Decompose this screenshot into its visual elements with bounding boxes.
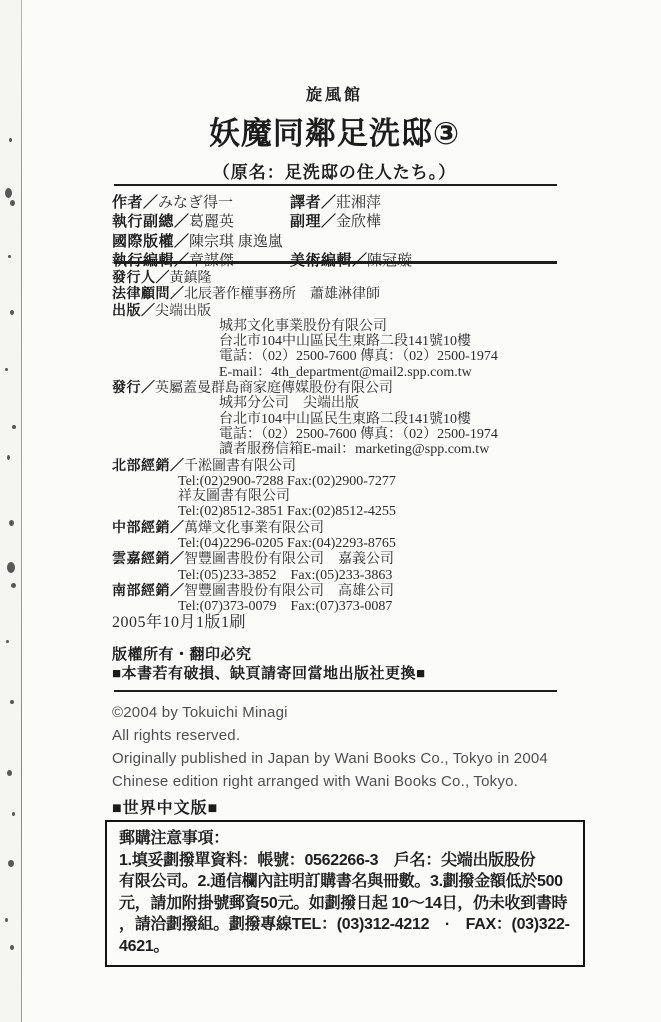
publication-first-line: 發行人／黃鎮隆 — [112, 270, 582, 286]
edition-date: 2005年10月1版1刷 — [112, 609, 246, 632]
publication-value: 智豐圖書股份有限公司 嘉義公司 — [184, 552, 394, 567]
divider-rule — [114, 261, 557, 264]
ink-speck — [9, 138, 12, 142]
rights-notice: 版權所有・翻印必究 — [112, 645, 426, 664]
ink-speck — [12, 425, 16, 429]
english-copyright-section: ©2004 by Tokuichi MinagiAll rights reser… — [112, 701, 548, 793]
book-title: 妖魔同鄰足洗邸③ — [112, 108, 557, 153]
credits-section: 作者／みなぎ得一譯者／莊湘萍執行副總／葛麗英副理／金欣樺國際版權／陳宗琪 康逸嵐… — [112, 191, 557, 269]
ink-speck — [5, 368, 8, 371]
slash-separator: ／ — [170, 285, 184, 301]
credit-label: 國際版權 — [112, 233, 174, 250]
credit-label: 作者 — [112, 194, 143, 211]
publication-label: 法律顧問 — [112, 285, 170, 301]
mail-order-line: 1.填妥劃撥單資料：帳號：0562266-3 戶名：尖端出版股份 — [119, 850, 573, 872]
ink-speck — [10, 700, 14, 704]
ink-speck — [8, 860, 14, 867]
publication-label: 發行人 — [112, 269, 156, 285]
publication-section: 發行人／黃鎮隆法律顧問／北辰著作權事務所 蕭雄淋律師出版／尖端出版城邦文化事業股… — [112, 270, 582, 615]
publication-first-line: 中部經銷／萬燁文化事業有限公司 — [112, 520, 582, 536]
publication-continuation-line: E-mail：4th_department@mail2.spp.com.tw — [112, 365, 582, 380]
publication-continuation-line: 電話：（02）2500-7600 傳真：（02）2500-1974 — [112, 349, 582, 364]
publication-first-line: 南部經銷／智豐圖書股份有限公司 高雄公司 — [112, 583, 582, 599]
masthead: 旋風館 妖魔同鄰足洗邸③ （原名：足洗邸の住人たち。） — [112, 82, 557, 183]
publication-continuation-line: Tel:(05)233-3852 Fax:(05)233-3863 — [112, 568, 582, 583]
ink-speck — [6, 640, 9, 643]
ink-speck — [10, 945, 14, 950]
mail-order-line: 4621。 — [119, 936, 573, 958]
damage-notice: ■本書若有破損、缺頁請寄回當地出版社更換■ — [112, 664, 426, 683]
slash-separator: ／ — [170, 550, 184, 566]
credit-right-pair: 譯者／莊湘萍 — [290, 191, 381, 212]
publication-label: 出版 — [112, 302, 141, 318]
credit-left-pair: 國際版權／陳宗琪 康逸嵐 — [112, 233, 283, 250]
publication-label: 南部經銷 — [112, 582, 170, 598]
slash-separator: ／ — [170, 582, 184, 598]
publication-continuation-line: 城邦分公司 尖端出版 — [112, 396, 582, 411]
ink-speck — [7, 562, 15, 573]
english-copyright-line: ©2004 by Tokuichi Minagi — [112, 701, 548, 724]
slash-separator: ／ — [141, 302, 155, 318]
publication-first-line: 雲嘉經銷／智豐圖書股份有限公司 嘉義公司 — [112, 551, 582, 567]
binding-edge-strip — [0, 0, 21, 1022]
publication-continuation-line: 祥友圖書有限公司 — [112, 489, 582, 504]
credit-left-pair: 執行副總／葛麗英 — [112, 213, 234, 230]
publication-value: 千淞圖書有限公司 — [184, 459, 296, 474]
publication-first-line: 法律顧問／北辰著作權事務所 蕭雄淋律師 — [112, 286, 582, 302]
mail-order-line: ，請洽劃撥組。劃撥專線TEL：(03)312-4212 · FAX：(03)32… — [119, 914, 573, 936]
publication-label: 中部經銷 — [112, 519, 170, 535]
publication-first-line: 出版／尖端出版 — [112, 303, 582, 319]
publication-entry: 法律顧問／北辰著作權事務所 蕭雄淋律師 — [112, 286, 582, 302]
slash-separator: ／ — [143, 194, 158, 211]
ink-speck — [9, 520, 14, 526]
ink-speck — [11, 583, 16, 588]
publication-first-line: 發行／英屬蓋曼群島商家庭傳媒股份有限公司 — [112, 380, 582, 396]
divider-rule — [114, 184, 557, 186]
credit-label: 執行副總 — [112, 213, 174, 230]
ink-speck — [8, 255, 11, 258]
divider-rule — [114, 690, 557, 692]
credit-left-pair: 作者／みなぎ得一 — [112, 194, 233, 211]
publication-label: 發行 — [112, 379, 141, 395]
publication-entry: 中部經銷／萬燁文化事業有限公司Tel:(04)2296-0205 Fax:(04… — [112, 520, 582, 552]
credit-right-pair: 副理／金欣樺 — [290, 210, 381, 231]
ink-speck — [5, 918, 8, 922]
english-copyright-line: All rights reserved. — [112, 724, 548, 747]
notices: 版權所有・翻印必究 ■本書若有破損、缺頁請寄回當地出版社更換■ — [112, 645, 426, 683]
english-copyright-line: Chinese edition right arranged with Wani… — [112, 770, 548, 793]
mail-order-line: 郵購注意事項： — [119, 828, 573, 850]
publication-value: 北辰著作權事務所 蕭雄淋律師 — [184, 287, 380, 302]
ink-speck — [12, 812, 15, 816]
credit-row: 國際版權／陳宗琪 康逸嵐 — [112, 230, 557, 249]
mail-order-line: 元，請加附掛號郵資50元。如劃撥日起 10～14日，仍未收到書時 — [119, 893, 573, 915]
publication-value: 尖端出版 — [155, 304, 211, 319]
credit-row: 執行副總／葛麗英副理／金欣樺 — [112, 210, 557, 229]
publication-entry: 北部經銷／千淞圖書有限公司Tel:(02)2900-7288 Fax:(02)2… — [112, 458, 582, 520]
binding-edge-line — [21, 0, 22, 1022]
credit-value: 金欣樺 — [336, 214, 381, 230]
imprint-label: 旋風館 — [112, 82, 557, 105]
publication-label: 北部經銷 — [112, 457, 170, 473]
publication-entry: 發行／英屬蓋曼群島商家庭傳媒股份有限公司城邦分公司 尖端出版台北市104中山區民… — [112, 380, 582, 457]
publication-label: 雲嘉經銷 — [112, 550, 170, 566]
credit-value: 葛麗英 — [189, 214, 234, 230]
mail-order-line: 有限公司。2.通信欄內註明訂購書名與冊數。3.劃撥金額低於500 — [119, 871, 573, 893]
ink-speck — [7, 770, 12, 776]
colophon-page: 旋風館 妖魔同鄰足洗邸③ （原名：足洗邸の住人たち。） 作者／みなぎ得一譯者／莊… — [0, 0, 661, 1022]
mail-order-box: 郵購注意事項：1.填妥劃撥單資料：帳號：0562266-3 戶名：尖端出版股份有… — [105, 820, 585, 967]
ink-speck — [7, 455, 10, 460]
chinese-edition-heading: ■世界中文版■ — [112, 795, 218, 818]
slash-separator: ／ — [141, 379, 155, 395]
publication-continuation-line: 電話：（02）2500-7600 傳真：（02）2500-1974 — [112, 427, 582, 442]
ink-speck — [10, 200, 15, 206]
credit-value: みなぎ得一 — [158, 195, 233, 211]
credit-label: 副理 — [290, 213, 321, 230]
publication-continuation-line: Tel:(02)2900-7288 Fax:(02)2900-7277 — [112, 474, 582, 489]
slash-separator: ／ — [321, 213, 336, 230]
publication-continuation-line: 城邦文化事業股份有限公司 — [112, 319, 582, 334]
original-title: （原名：足洗邸の住人たち。） — [112, 158, 557, 183]
ink-speck — [10, 310, 14, 315]
slash-separator: ／ — [170, 457, 184, 473]
publication-entry: 發行人／黃鎮隆 — [112, 270, 582, 286]
publication-value: 英屬蓋曼群島商家庭傳媒股份有限公司 — [155, 381, 393, 396]
credit-label: 譯者 — [290, 194, 321, 211]
credit-row: 作者／みなぎ得一譯者／莊湘萍 — [112, 191, 557, 210]
publication-continuation-line: Tel:(02)8512-3851 Fax:(02)8512-4255 — [112, 504, 582, 519]
slash-separator: ／ — [170, 519, 184, 535]
slash-separator: ／ — [156, 269, 170, 285]
publication-entry: 出版／尖端出版城邦文化事業股份有限公司台北市104中山區民生東路二段141號10… — [112, 303, 582, 380]
publication-value: 萬燁文化事業有限公司 — [184, 521, 324, 536]
credit-value: 莊湘萍 — [336, 195, 381, 211]
slash-separator: ／ — [321, 194, 336, 211]
credit-row: 執行編輯／章謀傑美術編輯／陳冠璇 — [112, 249, 557, 268]
publication-first-line: 北部經銷／千淞圖書有限公司 — [112, 458, 582, 474]
slash-separator: ／ — [174, 233, 189, 250]
english-copyright-line: Originally published in Japan by Wani Bo… — [112, 747, 548, 770]
publication-continuation-line: 讀者服務信箱E-mail：marketing@spp.com.tw — [112, 442, 582, 457]
publication-value: 智豐圖書股份有限公司 高雄公司 — [184, 584, 394, 599]
credit-value: 陳宗琪 康逸嵐 — [189, 234, 283, 250]
publication-continuation-line: 台北市104中山區民生東路二段141號10樓 — [112, 334, 582, 349]
publication-entry: 雲嘉經銷／智豐圖書股份有限公司 嘉義公司Tel:(05)233-3852 Fax… — [112, 551, 582, 583]
publication-continuation-line: Tel:(04)2296-0205 Fax:(04)2293-8765 — [112, 536, 582, 551]
publication-continuation-line: 台北市104中山區民生東路二段141號10樓 — [112, 412, 582, 427]
publication-value: 黃鎮隆 — [170, 271, 212, 286]
slash-separator: ／ — [174, 213, 189, 230]
credit-right-pair: 美術編輯／陳冠璇 — [290, 249, 412, 270]
ink-speck — [5, 188, 12, 198]
